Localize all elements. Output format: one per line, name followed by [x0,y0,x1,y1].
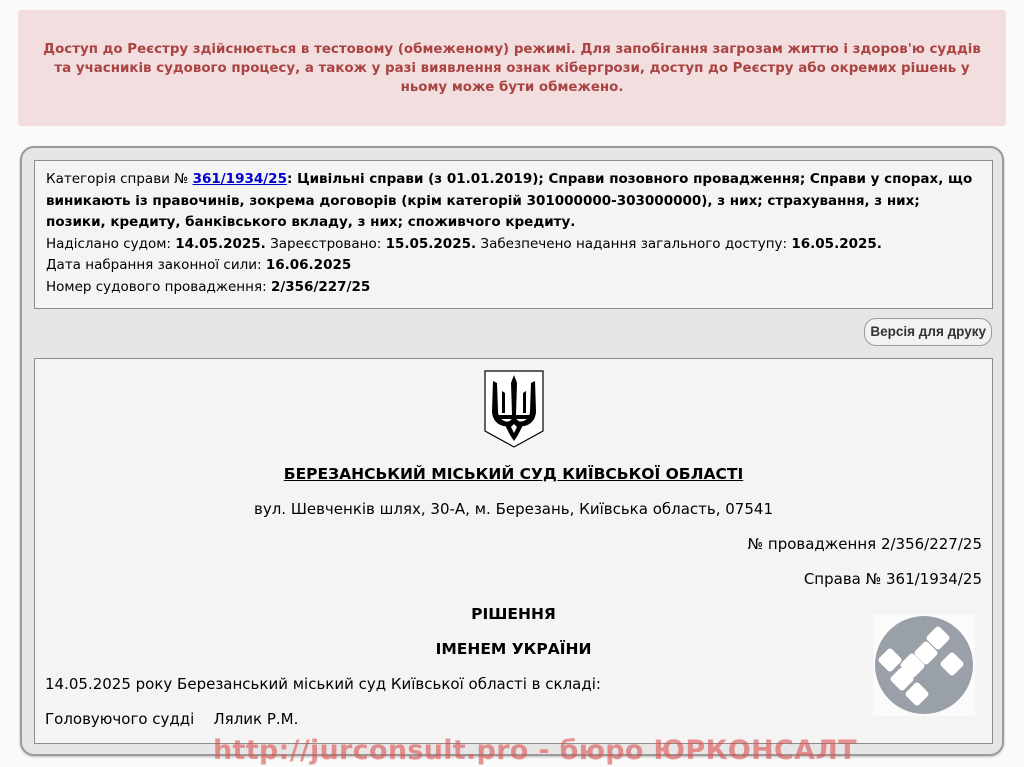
case-dates: Надіслано судом: 14.05.2025. Зареєстрова… [46,234,981,256]
court-address: вул. Шевченків шлях, 30-А, м. Березань, … [35,500,992,518]
decision-container: Категорія справи № 361/1934/25: Цивільні… [20,146,1004,756]
print-version-button[interactable]: Версія для друку [864,318,992,346]
court-name: БЕРЕЗАНСЬКИЙ МІСЬКИЙ СУД КИЇВСЬКОЇ ОБЛАС… [35,465,992,483]
sent-date: 14.05.2025. [175,236,266,252]
in-name-of-ukraine: ІМЕНЕМ УКРАЇНИ [35,640,992,658]
watermark-text: http://jurconsult.pro - бюро ЮРКОНСАЛТ [213,735,857,766]
puzzle-logo-icon [873,614,975,716]
access-notice-text: Доступ до Реєстру здійснюється в тестово… [34,40,990,97]
case-info-panel: Категорія справи № 361/1934/25: Цивільні… [34,160,993,309]
proceeding-number-line: Номер судового провадження: 2/356/227/25 [46,277,981,299]
access-notice-banner: Доступ до Реєстру здійснюється в тестово… [18,10,1006,126]
presiding-judge: Головуючого судді Лялик Р.М. [45,710,298,728]
access-date: 16.05.2025. [791,236,882,252]
ukraine-trident-icon [483,369,545,449]
case-number-line: Справа № 361/1934/25 [804,570,982,588]
case-number-link[interactable]: 361/1934/25 [193,171,287,187]
case-category: Категорія справи № 361/1934/25: Цивільні… [46,169,981,234]
decision-intro: 14.05.2025 року Березанський міський суд… [45,675,601,693]
proceeding-number: 2/356/227/25 [271,279,370,295]
decision-title: РІШЕННЯ [35,605,992,623]
registered-date: 15.05.2025. [386,236,477,252]
effective-date: 16.06.2025 [266,257,351,273]
effective-date-line: Дата набрання законної сили: 16.06.2025 [46,255,981,277]
decision-document: БЕРЕЗАНСЬКИЙ МІСЬКИЙ СУД КИЇВСЬКОЇ ОБЛАС… [34,358,993,744]
proceeding-number-line: № провадження 2/356/227/25 [748,535,982,553]
